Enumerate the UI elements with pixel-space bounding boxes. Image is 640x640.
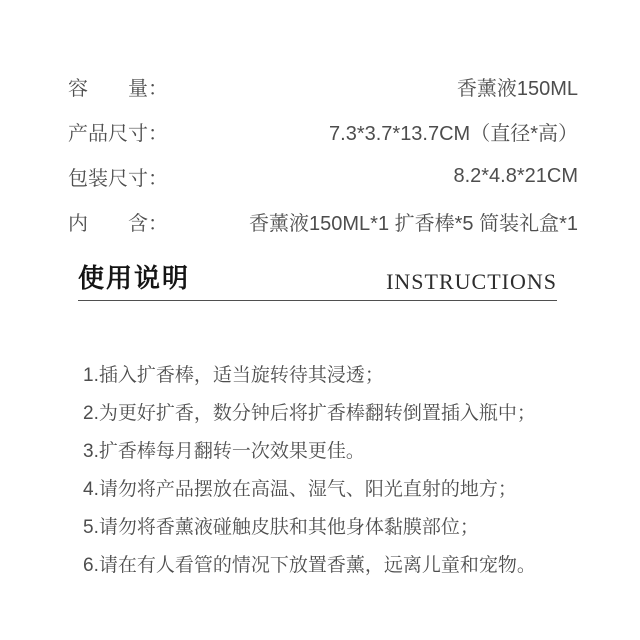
spec-label: 产品尺寸： [68, 117, 168, 146]
spec-value: 8.2*4.8*21CM [453, 165, 578, 188]
product-detail-page: 容 量： 香薰液150ML 产品尺寸： 7.3*3.7*13.7CM（直径*高）… [0, 0, 640, 640]
spec-colon: ： [148, 213, 168, 235]
spec-row-contents: 内 含： 香薰液150ML*1 扩香棒*5 简装礼盒*1 [68, 199, 578, 244]
spec-value: 香薰液150ML*1 扩香棒*5 简装礼盒*1 [249, 207, 578, 236]
spec-colon: ： [148, 78, 168, 100]
spec-row-package-size: 包装尺寸： 8.2*4.8*21CM [68, 154, 578, 199]
spec-row-capacity: 容 量： 香薰液150ML [68, 64, 578, 109]
spec-label: 包装尺寸： [68, 162, 168, 191]
spec-label-text: 产品尺寸 [68, 123, 148, 145]
instruction-item-1: 1.插入扩香棒，适当旋转待其浸透； [83, 365, 585, 386]
spec-value: 香薰液150ML [457, 72, 578, 101]
spec-table: 容 量： 香薰液150ML 产品尺寸： 7.3*3.7*13.7CM（直径*高）… [0, 0, 640, 244]
instruction-item-2: 2.为更好扩香，数分钟后将扩香棒翻转倒置插入瓶中； [83, 403, 585, 424]
spec-row-product-size: 产品尺寸： 7.3*3.7*13.7CM（直径*高） [68, 109, 578, 154]
spec-colon: ： [148, 168, 168, 190]
spec-colon: ： [148, 123, 168, 145]
spec-label-text: 内 含 [68, 213, 148, 235]
instructions-header: 使用说明 INSTRUCTIONS [78, 264, 557, 301]
instruction-item-5: 5.请勿将香薰液碰触皮肤和其他身体黏膜部位； [83, 517, 585, 538]
spec-value: 7.3*3.7*13.7CM（直径*高） [329, 117, 578, 146]
spec-label-text: 容 量 [68, 78, 148, 100]
instruction-item-4: 4.请勿将产品摆放在高温、湿气、阳光直射的地方； [83, 479, 585, 500]
section-title-en: INSTRUCTIONS [386, 271, 557, 293]
spec-label: 内 含： [68, 207, 168, 236]
spec-label-text: 包装尺寸 [68, 168, 148, 190]
instruction-item-6: 6.请在有人看管的情况下放置香薰，远离儿童和宠物。 [83, 555, 585, 576]
instruction-list: 1.插入扩香棒，适当旋转待其浸透； 2.为更好扩香，数分钟后将扩香棒翻转倒置插入… [83, 365, 585, 576]
section-title-zh: 使用说明 [78, 264, 190, 293]
instruction-item-3: 3.扩香棒每月翻转一次效果更佳。 [83, 441, 585, 462]
spec-label: 容 量： [68, 72, 168, 101]
